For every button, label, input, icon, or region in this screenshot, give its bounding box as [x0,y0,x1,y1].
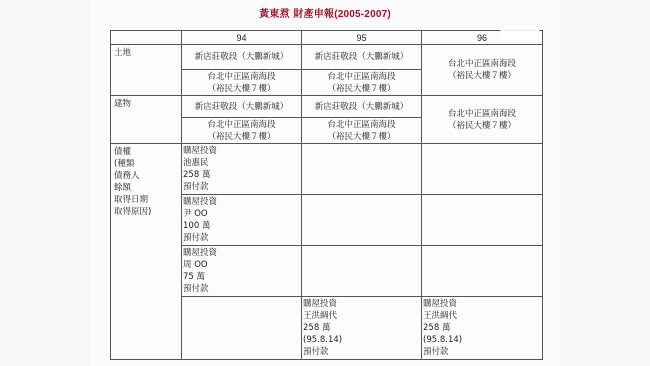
header-95: 95 [302,31,422,45]
debt-label: 債權 (種類 債務人 餘額 取得日期 取得原因) [111,144,182,360]
asset-declaration-table: 94 95 96 土地 新店莊敬段（大鵬新城） 新店莊敬段（大鵬新城） 台北中正… [110,30,543,360]
debt-line: 預付款 [183,283,300,295]
debt-4-95: 購屋投資 王洪綢代 258 萬 (95.8.14) 預付款 [302,297,422,360]
debt-2-96 [422,195,543,246]
debt-line: 258 萬 [303,322,420,334]
debt-3-94: 購屋投資 周 OO 75 萬 預付款 [182,246,302,297]
land-94-item-1: 新店莊敬段（大鵬新城） [182,45,302,70]
debt-line: 購屋投資 [423,298,541,310]
debt-line: 購屋投資 [183,247,300,259]
land-row-1: 土地 新店莊敬段（大鵬新城） 新店莊敬段（大鵬新城） 台北中正區南海段 （裕民大… [111,45,543,70]
debt-1-95 [302,144,422,195]
debt-2-95 [302,195,422,246]
buildings-row-1: 建物 新店莊敬段（大鵬新城） 新店莊敬段（大鵬新城） 台北中正區南海段 （裕民大… [111,96,543,118]
buildings-95-line: （裕民大樓７樓） [304,131,419,143]
debt-line: 購屋投資 [303,298,420,310]
debt-1-94: 購屋投資 池惠民 258 萬 預付款 [182,144,302,195]
land-96-line: 台北中正區南海段 [424,58,540,70]
land-94-item-2: 台北中正區南海段 （裕民大樓７樓） [182,70,302,96]
debt-line: (95.8.14) [303,334,420,346]
land-95-line: （裕民大樓７樓） [304,83,419,95]
debt-line: 池惠民 [183,157,300,169]
debt-line: 尹 OO [183,208,300,220]
watermark-blur [500,26,540,40]
buildings-94-line: （裕民大樓７樓） [184,131,299,143]
debt-line: 預付款 [183,232,300,244]
debt-label-line: 取得日期 [114,194,178,206]
land-96-item-1: 台北中正區南海段 （裕民大樓７樓） [422,45,543,96]
debt-line: 預付款 [303,346,420,358]
debt-line: 購屋投資 [183,196,300,208]
debt-line: 王洪綢代 [303,310,420,322]
debt-2-94: 購屋投資 尹 OO 100 萬 預付款 [182,195,302,246]
debt-label-line: 債務人 [114,170,178,182]
debt-line: 100 萬 [183,220,300,232]
header-row: 94 95 96 [111,31,543,45]
debt-line: 預付款 [183,181,300,193]
debt-label-line: 餘額 [114,182,178,194]
land-94-line: （裕民大樓７樓） [184,83,299,95]
debt-line: 75 萬 [183,271,300,283]
buildings-95-item-1: 新店莊敬段（大鵬新城） [302,96,422,118]
header-94: 94 [182,31,302,45]
land-96-line: （裕民大樓７樓） [424,70,540,82]
buildings-94-line: 台北中正區南海段 [184,119,299,131]
debt-line: 王洪綢代 [423,310,541,322]
debt-1-96 [422,144,543,195]
header-blank [111,31,182,45]
title-text: 財產申報 [293,9,334,20]
title-years: (2005-2007) [334,9,391,20]
debt-line: 258 萬 [423,322,541,334]
buildings-94-item-1: 新店莊敬段（大鵬新城） [182,96,302,118]
buildings-96-item-1: 台北中正區南海段 （裕民大樓７樓） [422,96,543,144]
land-95-item-2: 台北中正區南海段 （裕民大樓７樓） [302,70,422,96]
land-94-line: 台北中正區南海段 [184,71,299,83]
debt-line: 258 萬 [183,169,300,181]
land-95-line: 台北中正區南海段 [304,71,419,83]
buildings-label: 建物 [111,96,182,144]
debt-4-94 [182,297,302,360]
debt-3-96 [422,246,543,297]
debt-label-line: 取得原因) [114,206,178,218]
land-label: 土地 [111,45,182,96]
debt-label-line: (種類 [114,158,178,170]
land-95-item-1: 新店莊敬段（大鵬新城） [302,45,422,70]
debt-line: (95.8.14) [423,334,541,346]
title-name: 黃東焄 [259,9,290,20]
debt-line: 周 OO [183,259,300,271]
buildings-95-line: 台北中正區南海段 [304,119,419,131]
debt-row-1: 債權 (種類 債務人 餘額 取得日期 取得原因) 購屋投資 池惠民 258 萬 … [111,144,543,195]
debt-line: 購屋投資 [183,145,300,157]
buildings-96-line: （裕民大樓７樓） [424,120,540,132]
buildings-96-line: 台北中正區南海段 [424,108,540,120]
debt-3-95 [302,246,422,297]
document-title: 黃東焄 財產申報(2005-2007) [0,5,650,20]
debt-line: 預付款 [423,346,541,358]
debt-4-96: 購屋投資 王洪綢代 258 萬 (95.8.14) 預付款 [422,297,543,360]
buildings-94-item-2: 台北中正區南海段 （裕民大樓７樓） [182,118,302,144]
debt-label-line: 債權 [114,146,178,158]
buildings-95-item-2: 台北中正區南海段 （裕民大樓７樓） [302,118,422,144]
